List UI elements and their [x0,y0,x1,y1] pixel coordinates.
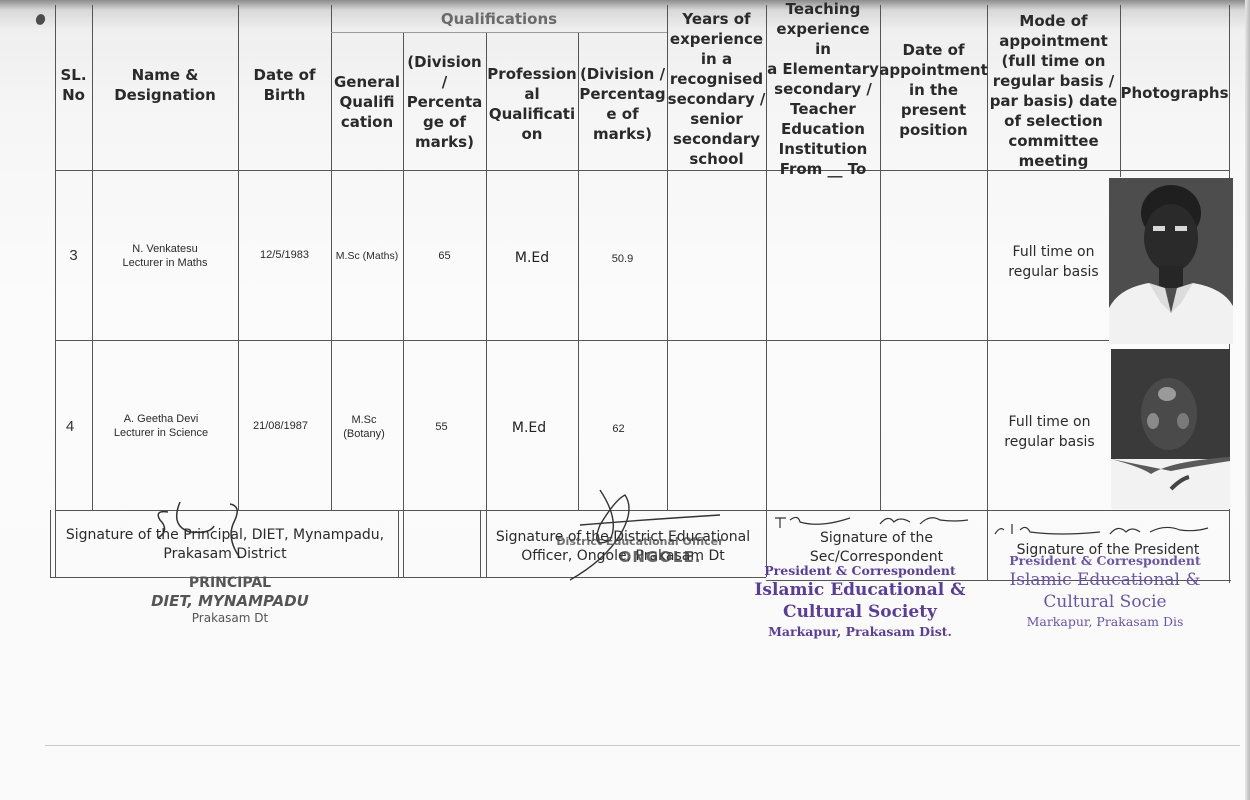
stamp-line: Islamic Educational & [745,579,975,601]
row-designation: Lecturer in Science [114,426,208,440]
principal-handwritten-signature [150,498,270,568]
row-mode-of-appointment: Full time on regular basis [987,240,1120,284]
person-photo-icon [1109,178,1233,344]
col-header-teaching-experience: Teaching experience in a Elementary seco… [766,9,880,169]
principal-stamp: PRINCIPAL DIET, MYNAMPADU Prakasam Dt [130,575,330,626]
col-header-dob: Date of Birth [238,60,331,110]
secretary-stamp: President & Correspondent Islamic Educat… [745,563,975,641]
col-header-sl-no: SL. No [55,60,92,110]
col-header-professional-percentage: (Division / Percentag e of marks) [578,62,667,146]
page-bottom-line [45,745,1240,746]
photo-female [1111,349,1230,509]
row-name-designation: A. Geetha Devi Lecturer in Science [88,408,234,444]
president-handwritten-signature [990,520,1210,542]
col-header-date-of-appointment: Date of appointment in the present posit… [880,38,987,142]
stamp-line: District Educational Officer [540,535,740,548]
ink-blot [34,13,46,26]
row-general-percentage: 55 [400,416,483,438]
stamp-line: Cultural Society [745,601,975,623]
stamp-line: Cultural Socie [995,591,1215,613]
stamp-line: Markapur, Prakasam Dist. [745,623,975,641]
row-name: A. Geetha Devi [124,412,199,426]
col-header-name: Name & Designation [92,60,238,110]
stamp-line: President & Correspondent [745,563,975,579]
qualifications-group-header: Qualifications [331,8,667,30]
row-dob: 12/5/1983 [238,245,331,265]
row-designation: Lecturer in Maths [123,256,208,270]
row-name-designation: N. Venkatesu Lecturer in Maths [92,238,238,274]
col-header-photographs: Photographs [1120,80,1229,106]
row-general-qualification: M.Sc (Botany) [328,410,400,444]
grid-line [331,32,667,33]
photo-male [1109,178,1233,344]
stamp-line: DIET, MYNAMPADU [130,592,330,610]
col-header-years-experience: Years of experience in a recognised seco… [667,9,766,169]
grid-line [398,510,399,577]
stamp-line: Islamic Educational & [995,569,1215,591]
row-general-qualification: M.Sc (Maths) [331,245,403,267]
deo-stamp: District Educational Officer ONGOLE. [540,535,740,566]
stamp-line: PRINCIPAL [130,575,330,592]
row-dob: 21/08/1987 [234,416,327,436]
row-sl-no: 4 [55,411,85,441]
col-header-mode-of-appointment: Mode of appointment (full time on regula… [987,10,1120,172]
stamp-line: Prakasam Dt [130,610,330,626]
stamp-line: ONGOLE. [540,548,740,566]
stamp-line: Markapur, Prakasam Dis [995,613,1215,631]
page-edge [1245,0,1250,800]
secretary-handwritten-signature [770,512,970,532]
person-photo-icon [1111,349,1230,509]
president-stamp: President & Correspondent Islamic Educat… [995,553,1215,631]
row-professional-percentage: 62 [574,418,663,440]
grid-line [50,510,51,577]
col-header-professional-qualification: Profession al Qualificati on [486,62,578,146]
row-name: N. Venkatesu [132,242,197,256]
row-mode-of-appointment: Full time on regular basis [983,410,1116,454]
row-general-percentage: 65 [403,245,486,267]
row-professional-qualification: M.Ed [483,417,575,439]
row-professional-percentage: 50.9 [578,248,667,270]
stamp-line: President & Correspondent [995,553,1215,569]
col-header-general-percentage: (Division / Percenta ge of marks) [403,50,486,154]
row-professional-qualification: M.Ed [486,247,578,269]
grid-line [55,340,1229,341]
col-header-general-qualification: General Qualifi cation [331,70,403,134]
secretary-signature-label: Signature of the Sec/Correspondent [766,529,987,567]
row-sl-no: 3 [55,240,92,270]
